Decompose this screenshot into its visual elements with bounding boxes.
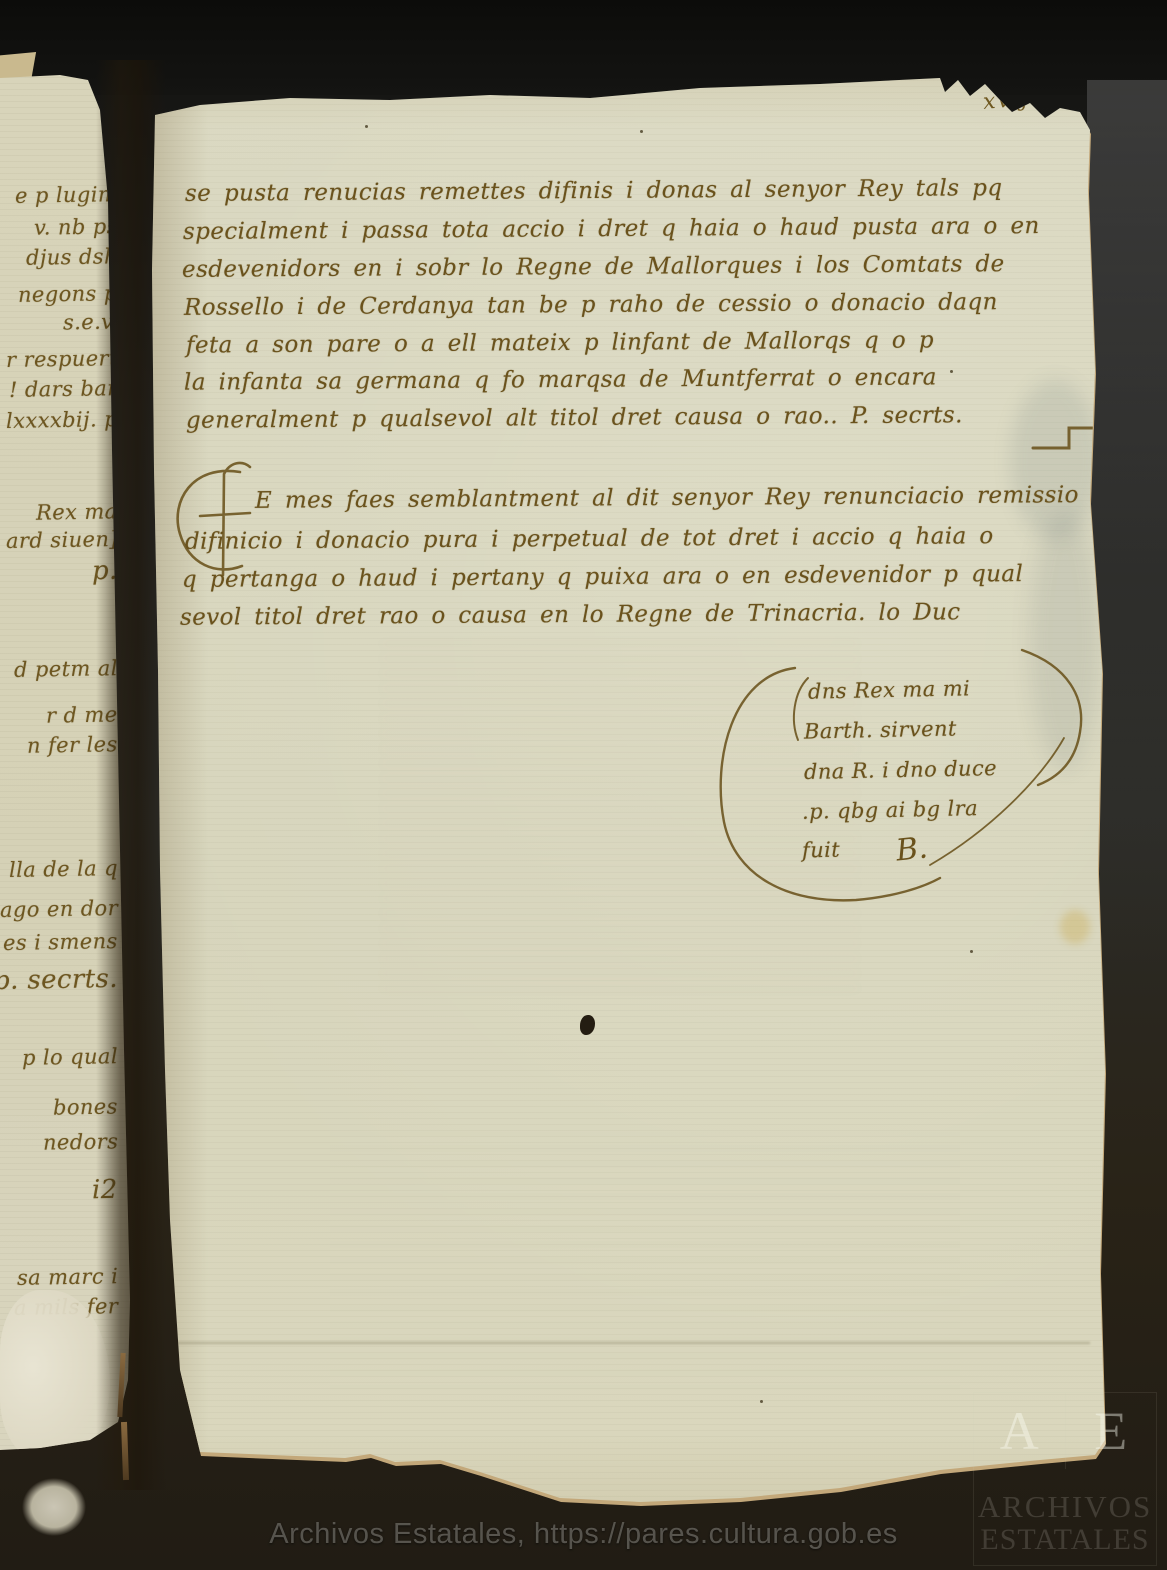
logo-wordmark-line2: ESTATALES: [974, 1524, 1156, 1556]
manuscript-line: Rossello i de Cerdanya tan be p raho de …: [184, 289, 998, 321]
ink-blot: [580, 1015, 595, 1035]
manuscript-line: generalment p qualsevol alt titol dret c…: [186, 402, 963, 433]
manuscript-line: difinicio i donacio pura i perpetual de …: [185, 523, 994, 555]
notary-paraph: B.: [894, 830, 929, 868]
manuscript-line: specialment i passa tota accio i dret q …: [183, 213, 1040, 245]
manuscript-line: la infanta sa germana q fo marqsa de Mun…: [184, 364, 937, 395]
logo-wordmark-line1: ARCHIVOS: [974, 1491, 1156, 1524]
manuscript-page: xvij se pusta renucias remettes difinis …: [140, 70, 1115, 1515]
logo-letter-e: E: [1066, 1393, 1157, 1469]
manuscript-scan: e p lugim v. nb ps djus dsh negons p s.e…: [0, 0, 1167, 1570]
chancery-note-line: fuit: [802, 838, 841, 863]
ink-showthrough: [320, 1130, 970, 1390]
speck: [365, 125, 368, 128]
manuscript-line: feta a son pare o a ell mateix p linfant…: [186, 327, 934, 358]
chancery-note-line: dna R. i dno duce: [804, 756, 997, 784]
ink-showthrough: [380, 630, 860, 990]
archivos-estatales-logo: A E ARCHIVOS ESTATALES: [973, 1392, 1157, 1566]
pen-flourishes: [140, 70, 1115, 1515]
speck: [640, 130, 643, 133]
speck: [950, 370, 953, 373]
fold-crease: [160, 1342, 1090, 1344]
speck: [970, 950, 973, 953]
chancery-note-line: dns Rex ma mi: [808, 676, 971, 703]
chancery-note-line: .p. qbg ai bg lra: [802, 796, 978, 824]
speck: [760, 1400, 763, 1403]
logo-letter-cells: A E: [974, 1393, 1156, 1469]
manuscript-line: E mes faes semblantment al dit senyor Re…: [255, 482, 1079, 514]
manuscript-line: se pusta renucias remettes difinis i don…: [185, 175, 1003, 207]
logo-wordmark: ARCHIVOS ESTATALES: [974, 1491, 1156, 1555]
manuscript-line: q pertanga o haud i pertany q puixa ara …: [182, 561, 1023, 593]
gray-smudge: [1030, 510, 1100, 770]
yellow-stain: [1060, 910, 1090, 944]
manuscript-line: esdevenidors en i sobr lo Regne de Mallo…: [182, 251, 1005, 283]
background-top: [0, 0, 1167, 95]
logo-letter-a: A: [974, 1393, 1066, 1469]
gray-smudge: [1010, 380, 1100, 540]
chancery-note-line: Barth. sirvent: [804, 716, 957, 743]
manuscript-line: sevol titol dret rao o causa en lo Regne…: [180, 599, 961, 630]
